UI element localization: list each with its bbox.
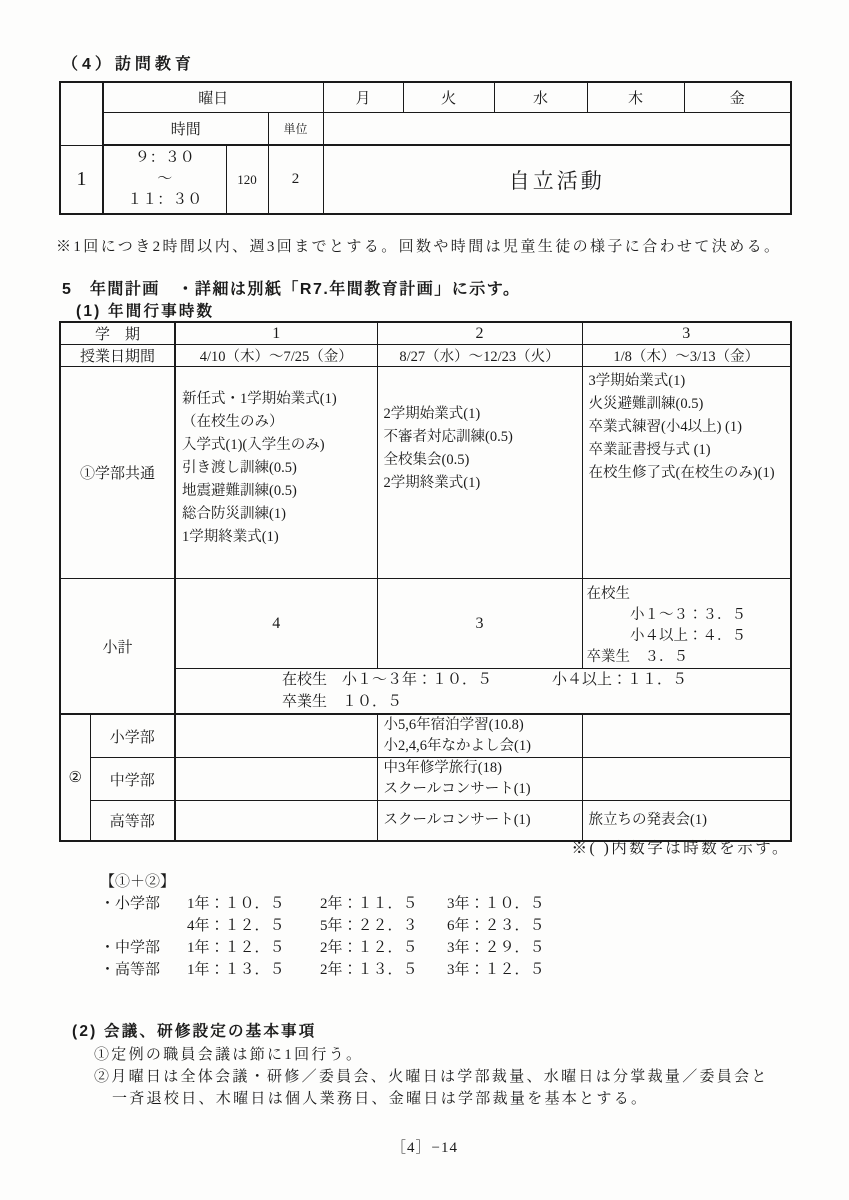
blank-corner-cell <box>60 82 103 145</box>
activity-cell: 自立活動 <box>323 145 791 214</box>
period-row-label: 授業日期間 <box>60 345 175 367</box>
day-fri: 金 <box>684 82 791 112</box>
totals-value: 2年：１２．５ <box>320 937 447 959</box>
subtotal-total-cell: 在校生 小１～３年：１０．５ 小４以上：１１．５ 卒業生 １０．５ <box>175 669 791 715</box>
annual-table-note: ※( )内数字は時数を示す。 <box>59 836 790 858</box>
totals-value: 3年：１０．５ <box>447 893 545 915</box>
totals-block: 【①＋②】 ・小学部 1年：１０．５ 2年：１１．５ 3年：１０．５ 4年：１２… <box>100 871 545 981</box>
totals-value: 3年：１２．５ <box>447 959 545 981</box>
day-tue: 火 <box>403 82 494 112</box>
term-row-label: 学 期 <box>60 322 175 345</box>
subtotal-term3: 在校生 小１～３：３．５ 小４以上：４．５ 卒業生 ３．５ <box>582 579 791 669</box>
totals-value: 3年：２９．５ <box>447 937 545 959</box>
dept-senior-term3: 旅立ちの発表会(1) <box>582 801 791 841</box>
minutes-cell: 120 <box>226 145 268 214</box>
dept-label-junior: 中学部 <box>90 758 175 801</box>
totals-value: 4年：１２．５ <box>187 915 320 937</box>
totals-heading: 【①＋②】 <box>100 871 545 893</box>
totals-row: ・小学部 1年：１０．５ 2年：１１．５ 3年：１０．５ <box>100 893 545 915</box>
common-events-term1: 新任式・1学期始業式(1) （在校生のみ） 入学式(1)(入学生のみ) 引き渡し… <box>175 367 377 579</box>
document-page: （4）訪問教育 曜日 月 火 水 木 金 時間 単位 1 ９：３０ ～ １１：３… <box>0 0 849 1200</box>
visiting-education-note: ※1回につき2時間以内、週3回までとする。回数や時間は児童生徒の様子に合わせて決… <box>56 235 781 256</box>
totals-row: ・中学部 1年：１２．５ 2年：１２．５ 3年：２９．５ <box>100 937 545 959</box>
totals-row: 4年：１２．５ 5年：２２．３ 6年：２３．５ <box>100 915 545 937</box>
row-index-cell: 1 <box>60 145 103 214</box>
period-term2: 8/27（水）～12/23（火） <box>377 345 582 367</box>
section4-heading: （4）訪問教育 <box>62 51 195 74</box>
dept-label-elementary: 小学部 <box>90 714 175 758</box>
dept-senior-term2: スクールコンサート(1) <box>377 801 582 841</box>
dept-section-label: ② <box>60 714 90 841</box>
dept-label-senior: 高等部 <box>90 801 175 841</box>
period-term1: 4/10（木）～7/25（金） <box>175 345 377 367</box>
dept-senior-term1 <box>175 801 377 841</box>
common-row-label: ①学部共通 <box>60 367 175 579</box>
section5-heading: 5 年間計画 ・詳細は別紙「R7.年間教育計画」に示す。 <box>62 276 521 299</box>
totals-value: 2年：１３．５ <box>320 959 447 981</box>
section2-item2-line2: 一斉退校日、木曜日は個人業務日、金曜日は学部裁量を基本とする。 <box>112 1087 648 1108</box>
subtotal-term2: 3 <box>377 579 582 669</box>
time-range-cell: ９：３０ ～ １１：３０ <box>103 145 226 214</box>
section2-item2-line1: ②月曜日は全体会議・研修／委員会、火曜日は学部裁量、水曜日は分掌裁量／委員会と <box>94 1065 769 1086</box>
term-2: 2 <box>377 322 582 345</box>
dept-junior-term3 <box>582 758 791 801</box>
blank-days-cell <box>323 112 791 145</box>
period-term3: 1/8（木）～3/13（金） <box>582 345 791 367</box>
subtotal-row-label: 小計 <box>60 579 175 715</box>
section5-sub1-heading: (1) 年間行事時数 <box>76 299 214 321</box>
time-header-cell: 時間 <box>103 112 268 145</box>
dept-junior-term2: 中3年修学旅行(18) スクールコンサート(1) <box>377 758 582 801</box>
totals-value: 2年：１１．５ <box>320 893 447 915</box>
dept-elementary-term2: 小5,6年宿泊学習(10.8) 小2,4,6年なかよし会(1) <box>377 714 582 758</box>
totals-value: 6年：２３．５ <box>447 915 545 937</box>
page-number: ［4］−14 <box>0 1136 849 1157</box>
visiting-education-table: 曜日 月 火 水 木 金 時間 単位 1 ９：３０ ～ １１：３０ 120 2 … <box>59 81 792 215</box>
section2-heading: (2) 会議、研修設定の基本事項 <box>72 1019 316 1041</box>
common-events-term2: 2学期始業式(1) 不審者対応訓練(0.5) 全校集会(0.5) 2学期終業式(… <box>377 367 582 579</box>
common-events-term3: 3学期始業式(1) 火災避難訓練(0.5) 卒業式練習(小4以上) (1) 卒業… <box>582 367 791 579</box>
subtotal-term1: 4 <box>175 579 377 669</box>
totals-row-label: ・中学部 <box>100 937 187 959</box>
totals-row-label: ・高等部 <box>100 959 187 981</box>
section2-item1: ①定例の職員会議は節に1回行う。 <box>94 1043 363 1064</box>
totals-value: 1年：１０．５ <box>187 893 320 915</box>
annual-events-table: 学 期 1 2 3 授業日期間 4/10（木）～7/25（金） 8/27（水）～… <box>59 321 792 842</box>
totals-value: 1年：１２．５ <box>187 937 320 959</box>
totals-value: 1年：１３．５ <box>187 959 320 981</box>
totals-row: ・高等部 1年：１３．５ 2年：１３．５ 3年：１２．５ <box>100 959 545 981</box>
dept-junior-term1 <box>175 758 377 801</box>
term-1: 1 <box>175 322 377 345</box>
day-header-cell: 曜日 <box>103 82 323 112</box>
totals-row-label <box>100 915 187 937</box>
day-thu: 木 <box>587 82 684 112</box>
term-3: 3 <box>582 322 791 345</box>
dept-elementary-term3 <box>582 714 791 758</box>
units-cell: 2 <box>268 145 323 214</box>
day-wed: 水 <box>494 82 587 112</box>
unit-header-cell: 単位 <box>268 112 323 145</box>
totals-value: 5年：２２．３ <box>320 915 447 937</box>
totals-row-label: ・小学部 <box>100 893 187 915</box>
day-mon: 月 <box>323 82 403 112</box>
dept-elementary-term1 <box>175 714 377 758</box>
